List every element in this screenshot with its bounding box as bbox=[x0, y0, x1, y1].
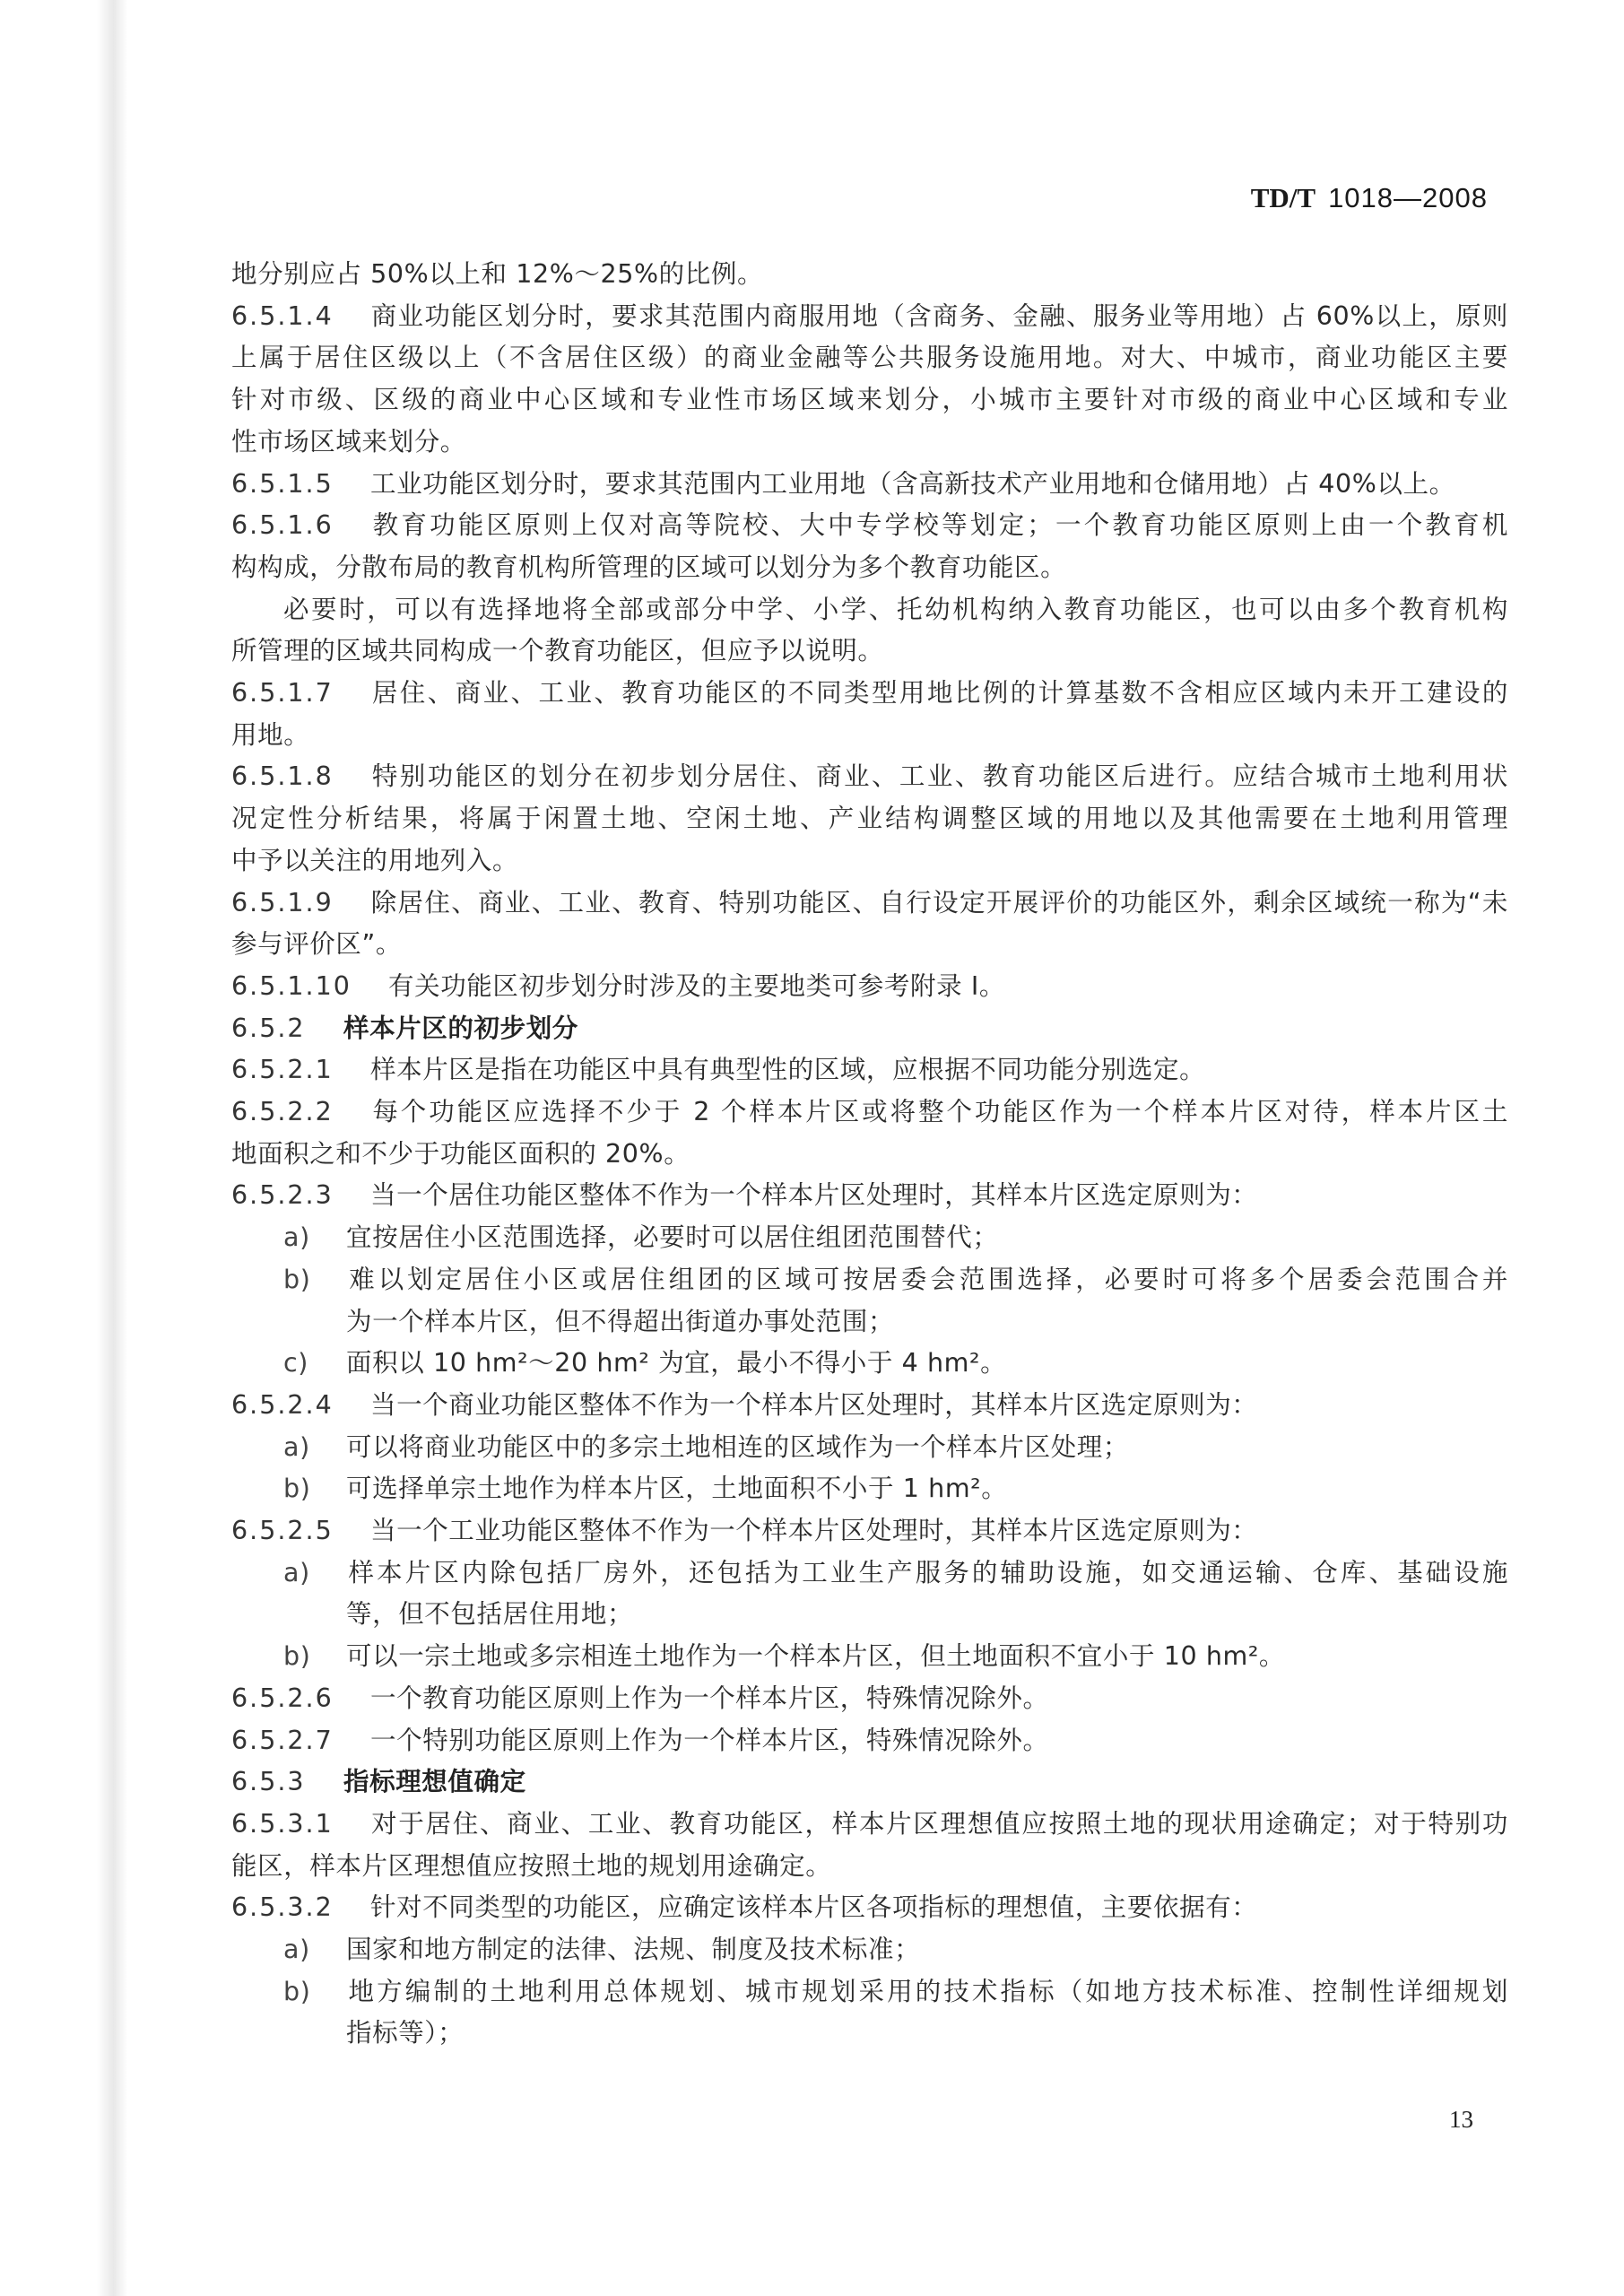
clause-6-5-1-4: 6.5.1.4商业功能区划分时，要求其范围内商服用地（含商务、金融、服务业等用地… bbox=[231, 296, 1508, 338]
clause-number: 6.5.1.9 bbox=[231, 883, 370, 925]
clause-number: 6.5.2.6 bbox=[231, 1678, 370, 1720]
clause-6-5-2-5: 6.5.2.5当一个工业功能区整体不作为一个样本片区处理时，其样本片区选定原则为… bbox=[231, 1510, 1257, 1552]
clause-6-5-1-10: 6.5.1.10有关功能区初步划分时涉及的主要地类可参考附录 I。 bbox=[231, 966, 1005, 1008]
clause-text-line: 针对市级、区级的商业中心区域和专业性市场区域来划分，小城市主要针对市级的商业中心… bbox=[231, 379, 1508, 422]
clause-text-line: 中予以关注的用地列入。 bbox=[231, 840, 518, 883]
section-heading-6-5-2: 6.5.2样本片区的初步划分 bbox=[231, 1008, 578, 1050]
section-heading-6-5-3: 6.5.3指标理想值确定 bbox=[231, 1761, 526, 1804]
list-label: a) bbox=[231, 1427, 346, 1469]
clause-6-5-1-7: 6.5.1.7居住、商业、工业、教育功能区的不同类型用地比例的计算基数不含相应区… bbox=[231, 673, 1508, 715]
paragraph-continuation: 地分别应占 50%以上和 12%～25%的比例。 bbox=[231, 254, 763, 296]
list-label: b) bbox=[231, 1259, 346, 1301]
list-item-b: b)难以划定居住小区或居住组团的区域可按居委会范围选择，必要时可将多个居委会范围… bbox=[231, 1259, 1508, 1301]
clause-text-line: 况定性分析结果，将属于闲置土地、空闲土地、产业结构调整区域的用地以及其他需要在土… bbox=[231, 798, 1508, 840]
list-item-c: c)面积以 10 hm²～20 hm² 为宜，最小不得小于 4 hm²。 bbox=[231, 1343, 1006, 1385]
list-item-b: b)可选择单宗土地作为样本片区，土地面积不小于 1 hm²。 bbox=[231, 1468, 1007, 1510]
clause-6-5-1-6: 6.5.1.6教育功能区原则上仅对高等院校、大中专学校等划定；一个教育功能区原则… bbox=[231, 505, 1508, 547]
list-item-a: a)样本片区内除包括厂房外，还包括为工业生产服务的辅助设施，如交通运输、仓库、基… bbox=[231, 1552, 1508, 1595]
list-item-continuation: 为一个样本片区，但不得超出街道办事处范围； bbox=[231, 1301, 894, 1344]
clause-number: 6.5.2.5 bbox=[231, 1510, 370, 1552]
section-number: 6.5.3 bbox=[231, 1761, 343, 1804]
clause-text-line: 构构成，分散布局的教育机构所管理的区域可以划分为多个教育功能区。 bbox=[231, 547, 1066, 589]
list-item-a: a)国家和地方制定的法律、法规、制度及技术标准； bbox=[231, 1929, 920, 1971]
clause-text-line: 所管理的区域共同构成一个教育功能区，但应予以说明。 bbox=[231, 631, 884, 673]
clause-number: 6.5.2.4 bbox=[231, 1385, 370, 1427]
clause-number: 6.5.1.5 bbox=[231, 464, 370, 506]
list-label: c) bbox=[231, 1343, 346, 1385]
section-number: 6.5.2 bbox=[231, 1008, 343, 1050]
clause-number: 6.5.2.2 bbox=[231, 1091, 370, 1134]
list-item-a: a)可以将商业功能区中的多宗土地相连的区域作为一个样本片区处理； bbox=[231, 1427, 1129, 1469]
list-item-a: a)宜按居住小区范围选择，必要时可以居住组团范围替代； bbox=[231, 1217, 999, 1259]
clause-text-line: 能区，样本片区理想值应按照土地的规划用途确定。 bbox=[231, 1846, 831, 1888]
list-label: a) bbox=[231, 1552, 346, 1595]
page-number: 13 bbox=[1449, 2106, 1473, 2134]
clause-number: 6.5.2.7 bbox=[231, 1720, 370, 1762]
clause-6-5-2-7: 6.5.2.7一个特别功能区原则上作为一个样本片区，特殊情况除外。 bbox=[231, 1720, 1049, 1762]
clause-number: 6.5.3.1 bbox=[231, 1804, 370, 1846]
standard-number: 1018—2008 bbox=[1328, 182, 1488, 213]
indented-paragraph: 必要时，可以有选择地将全部或部分中学、小学、托幼机构纳入教育功能区，也可以由多个… bbox=[231, 589, 1508, 631]
clause-text-line: 上属于居住区级以上（不含居住区级）的商业金融等公共服务设施用地。对大、中城市，商… bbox=[231, 337, 1508, 379]
clause-6-5-2-2: 6.5.2.2每个功能区应选择不少于 2 个样本片区或将整个功能区作为一个样本片… bbox=[231, 1091, 1508, 1134]
list-label: b) bbox=[231, 1468, 346, 1510]
list-label: b) bbox=[231, 1636, 346, 1678]
clause-number: 6.5.1.7 bbox=[231, 673, 370, 715]
clause-6-5-3-1: 6.5.3.1对于居住、商业、工业、教育功能区，样本片区理想值应按照土地的现状用… bbox=[231, 1804, 1508, 1846]
scan-binding-shadow bbox=[97, 0, 127, 2296]
list-item-continuation: 指标等）； bbox=[231, 2013, 464, 2055]
clause-number: 6.5.2.1 bbox=[231, 1049, 370, 1091]
clause-text-line: 参与评价区”。 bbox=[231, 924, 402, 966]
clause-number: 6.5.1.6 bbox=[231, 505, 370, 547]
clause-number: 6.5.2.3 bbox=[231, 1175, 370, 1217]
list-label: a) bbox=[231, 1929, 346, 1971]
clause-6-5-1-8: 6.5.1.8特别功能区的划分在初步划分居住、商业、工业、教育功能区后进行。应结… bbox=[231, 756, 1508, 798]
clause-6-5-1-9: 6.5.1.9除居住、商业、工业、教育、特别功能区、自行设定开展评价的功能区外，… bbox=[231, 883, 1508, 925]
clause-number: 6.5.1.10 bbox=[231, 966, 388, 1008]
clause-6-5-2-6: 6.5.2.6一个教育功能区原则上作为一个样本片区，特殊情况除外。 bbox=[231, 1678, 1049, 1720]
clause-text-line: 用地。 bbox=[231, 715, 309, 757]
clause-text-line: 地面积之和不少于功能区面积的 20%。 bbox=[231, 1134, 690, 1176]
section-title: 指标理想值确定 bbox=[343, 1767, 526, 1796]
list-label: a) bbox=[231, 1217, 346, 1259]
list-item-b: b)地方编制的土地利用总体规划、城市规划采用的技术指标（如地方技术标准、控制性详… bbox=[231, 1971, 1508, 2013]
clause-6-5-1-5: 6.5.1.5工业功能区划分时，要求其范围内工业用地（含高新技术产业用地和仓储用… bbox=[231, 464, 1455, 506]
clause-number: 6.5.1.8 bbox=[231, 756, 370, 798]
document-page: TD/T1018—2008 地分别应占 50%以上和 12%～25%的比例。 6… bbox=[0, 0, 1624, 2296]
clause-text-line: 性市场区域来划分。 bbox=[231, 422, 466, 464]
section-title: 样本片区的初步划分 bbox=[343, 1013, 578, 1043]
clause-number: 6.5.3.2 bbox=[231, 1887, 370, 1929]
clause-6-5-3-2: 6.5.3.2针对不同类型的功能区，应确定该样本片区各项指标的理想值，主要依据有… bbox=[231, 1887, 1257, 1929]
clause-6-5-2-3: 6.5.2.3当一个居住功能区整体不作为一个样本片区处理时，其样本片区选定原则为… bbox=[231, 1175, 1257, 1217]
list-item-b: b)可以一宗土地或多宗相连土地作为一个样本片区，但土地面积不宜小于 10 hm²… bbox=[231, 1636, 1285, 1678]
list-item-continuation: 等，但不包括居住用地； bbox=[231, 1594, 633, 1636]
clause-6-5-2-4: 6.5.2.4当一个商业功能区整体不作为一个样本片区处理时，其样本片区选定原则为… bbox=[231, 1385, 1257, 1427]
list-label: b) bbox=[231, 1971, 346, 2013]
clause-6-5-2-1: 6.5.2.1样本片区是指在功能区中具有典型性的区域，应根据不同功能分别选定。 bbox=[231, 1049, 1205, 1091]
standard-prefix: TD/T bbox=[1251, 182, 1316, 213]
clause-number: 6.5.1.4 bbox=[231, 296, 370, 338]
standard-header: TD/T1018—2008 bbox=[1251, 182, 1488, 214]
